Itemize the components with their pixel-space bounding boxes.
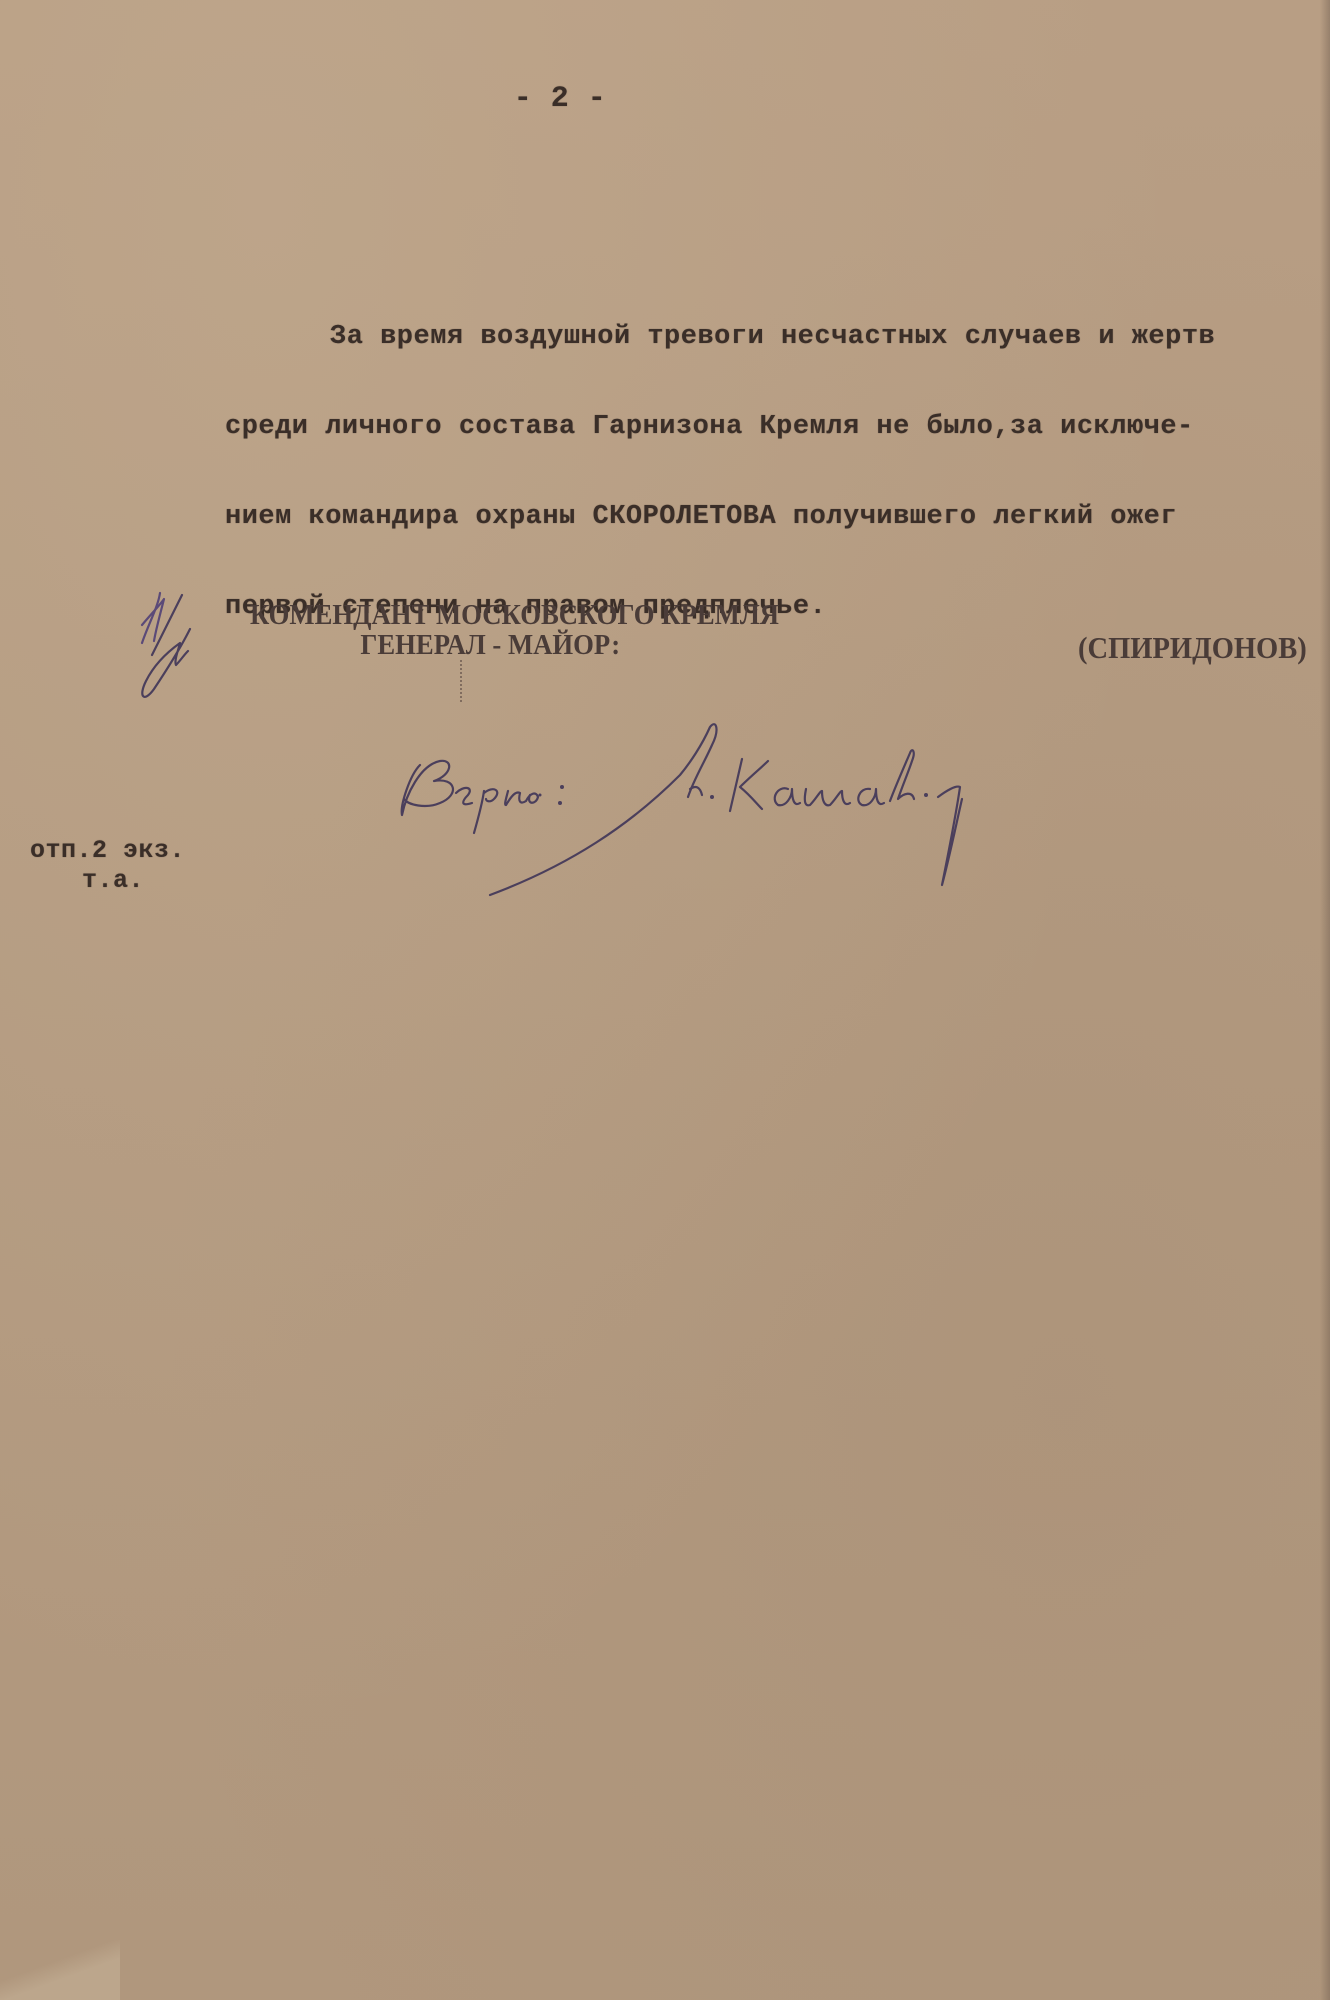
- signatory-title: КОМЕНДАНТ МОСКОВСКОГО КРЕМЛЯ: [250, 600, 779, 630]
- handwritten-certification-signature: [390, 715, 1110, 905]
- typist-initials: т.а.: [30, 866, 185, 896]
- signature-block: КОМЕНДАНТ МОСКОВСКОГО КРЕМЛЯ ГЕНЕРАЛ - М…: [250, 600, 779, 660]
- signatory-rank: ГЕНЕРАЛ - МАЙОР:: [250, 630, 779, 660]
- body-line: нием командира охраны СКОРОЛЕТОВА получи…: [225, 502, 1330, 532]
- copies-note: отп.2 экз. т.а.: [30, 836, 185, 896]
- document-page: - 2 - За время воздушной тревоги несчаст…: [0, 0, 1330, 2000]
- copies-count: отп.2 экз.: [30, 836, 185, 866]
- body-line: За время воздушной тревоги несчастных сл…: [225, 322, 1330, 352]
- signatory-name: (СПИРИДОНОВ): [1078, 630, 1307, 666]
- page-number: - 2 -: [0, 82, 1120, 116]
- ink-dot-trail: [460, 660, 462, 702]
- handwritten-initial-mark: [130, 585, 210, 705]
- page-corner-fold: [0, 1940, 120, 2000]
- body-line: среди личного состава Гарнизона Кремля н…: [225, 412, 1330, 442]
